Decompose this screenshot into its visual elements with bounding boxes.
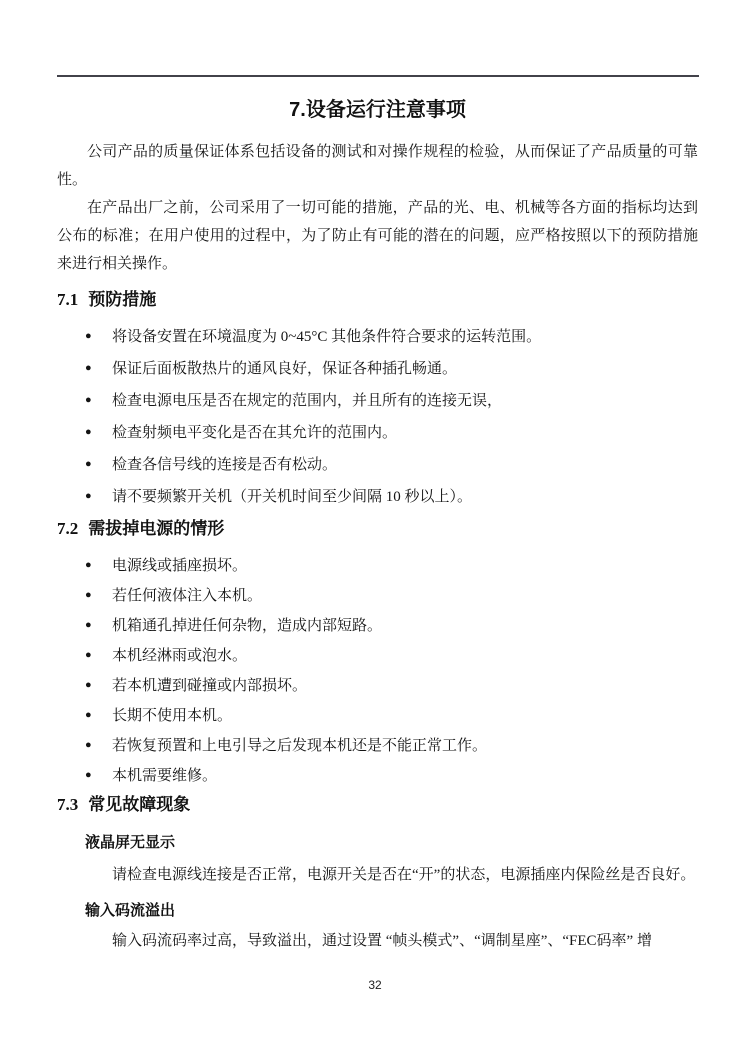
fault-input-stream-overflow: 输入码流溢出 输入码流码率过高，导致溢出，通过设置 “帧头模式”、“调制星座”、… bbox=[85, 901, 698, 955]
prevention-list: ●将设备安置在环境温度为 0~45°C 其他条件符合要求的运转范围。 ●保证后面… bbox=[57, 324, 698, 511]
list-item: ●保证后面板散热片的通风良好，保证各种插孔畅通。 bbox=[85, 356, 698, 383]
list-item-text: 保证后面板散热片的通风良好，保证各种插孔畅通。 bbox=[112, 356, 457, 383]
list-item-text: 将设备安置在环境温度为 0~45°C 其他条件符合要求的运转范围。 bbox=[112, 324, 541, 351]
list-item: ●本机经淋雨或泡水。 bbox=[85, 643, 698, 669]
list-item: ●若恢复预置和上电引导之后发现本机还是不能正常工作。 bbox=[85, 733, 698, 759]
list-item-text: 长期不使用本机。 bbox=[112, 703, 232, 729]
fault-name: 输入码流溢出 bbox=[85, 901, 698, 921]
list-item-text: 检查射频电平变化是否在其允许的范围内。 bbox=[112, 420, 397, 447]
bullet-icon: ● bbox=[85, 355, 112, 382]
unplug-power-list: ●电源线或插座损坏。 ●若任何液体注入本机。 ●机箱通孔掉进任何杂物，造成内部短… bbox=[57, 553, 698, 789]
list-item: ●电源线或插座损坏。 bbox=[85, 553, 698, 579]
bullet-icon: ● bbox=[85, 419, 112, 446]
list-item-text: 若恢复预置和上电引导之后发现本机还是不能正常工作。 bbox=[112, 733, 487, 759]
list-item: ●检查电源电压是否在规定的范围内，并且所有的连接无误， bbox=[85, 388, 698, 415]
fault-lcd-no-display: 液晶屏无显示 请检查电源线连接是否正常，电源开关是否在“开”的状态，电源插座内保… bbox=[85, 833, 698, 889]
list-item-text: 机箱通孔掉进任何杂物，造成内部短路。 bbox=[112, 613, 382, 639]
intro-paragraph-2: 在产品出厂之前，公司采用了一切可能的措施，产品的光、电、机械等各方面的指标均达到… bbox=[57, 194, 698, 278]
bullet-icon: ● bbox=[85, 552, 112, 578]
bullet-icon: ● bbox=[85, 762, 112, 788]
bullet-icon: ● bbox=[85, 612, 112, 638]
section-number: 7.1 bbox=[57, 290, 78, 309]
list-item-text: 请不要频繁开关机（开关机时间至少间隔 10 秒以上）。 bbox=[112, 484, 472, 511]
document-page: 7.设备运行注意事项 公司产品的质量保证体系包括设备的测试和对操作规程的检验，从… bbox=[0, 0, 750, 1060]
fault-description: 请检查电源线连接是否正常，电源开关是否在“开”的状态，电源插座内保险丝是否良好。 bbox=[85, 861, 698, 889]
list-item: ●若任何液体注入本机。 bbox=[85, 583, 698, 609]
list-item: ●机箱通孔掉进任何杂物，造成内部短路。 bbox=[85, 613, 698, 639]
fault-description: 输入码流码率过高，导致溢出，通过设置 “帧头模式”、“调制星座”、“FEC码率”… bbox=[85, 927, 698, 955]
section-heading-7-2: 7.2需拔掉电源的情形 bbox=[57, 517, 698, 541]
section-number: 7.2 bbox=[57, 519, 78, 538]
page-number: 32 bbox=[0, 978, 750, 992]
fault-name: 液晶屏无显示 bbox=[85, 833, 698, 853]
bullet-icon: ● bbox=[85, 483, 112, 510]
list-item-text: 若任何液体注入本机。 bbox=[112, 583, 262, 609]
list-item: ●长期不使用本机。 bbox=[85, 703, 698, 729]
section-title: 常见故障现象 bbox=[88, 795, 190, 814]
section-heading-7-1: 7.1预防措施 bbox=[57, 288, 698, 312]
bullet-icon: ● bbox=[85, 702, 112, 728]
list-item-text: 检查电源电压是否在规定的范围内，并且所有的连接无误， bbox=[112, 388, 502, 415]
bullet-icon: ● bbox=[85, 582, 112, 608]
section-title: 预防措施 bbox=[88, 290, 156, 309]
section-number: 7.3 bbox=[57, 795, 78, 814]
bullet-icon: ● bbox=[85, 642, 112, 668]
chapter-title: 7.设备运行注意事项 bbox=[57, 0, 698, 124]
list-item: ●请不要频繁开关机（开关机时间至少间隔 10 秒以上）。 bbox=[85, 484, 698, 511]
list-item: ●将设备安置在环境温度为 0~45°C 其他条件符合要求的运转范围。 bbox=[85, 324, 698, 351]
bullet-icon: ● bbox=[85, 732, 112, 758]
list-item: ●检查射频电平变化是否在其允许的范围内。 bbox=[85, 420, 698, 447]
header-divider bbox=[57, 75, 699, 77]
list-item-text: 检查各信号线的连接是否有松动。 bbox=[112, 452, 337, 479]
intro-paragraph-1: 公司产品的质量保证体系包括设备的测试和对操作规程的检验，从而保证了产品质量的可靠… bbox=[57, 138, 698, 194]
list-item-text: 本机需要维修。 bbox=[112, 763, 217, 789]
list-item-text: 若本机遭到碰撞或内部损坏。 bbox=[112, 673, 307, 699]
list-item-text: 本机经淋雨或泡水。 bbox=[112, 643, 247, 669]
list-item-text: 电源线或插座损坏。 bbox=[112, 553, 247, 579]
bullet-icon: ● bbox=[85, 387, 112, 414]
section-title: 需拔掉电源的情形 bbox=[88, 519, 224, 538]
bullet-icon: ● bbox=[85, 323, 112, 350]
bullet-icon: ● bbox=[85, 451, 112, 478]
bullet-icon: ● bbox=[85, 672, 112, 698]
list-item: ●本机需要维修。 bbox=[85, 763, 698, 789]
section-heading-7-3: 7.3常见故障现象 bbox=[57, 793, 698, 817]
list-item: ●若本机遭到碰撞或内部损坏。 bbox=[85, 673, 698, 699]
list-item: ●检查各信号线的连接是否有松动。 bbox=[85, 452, 698, 479]
